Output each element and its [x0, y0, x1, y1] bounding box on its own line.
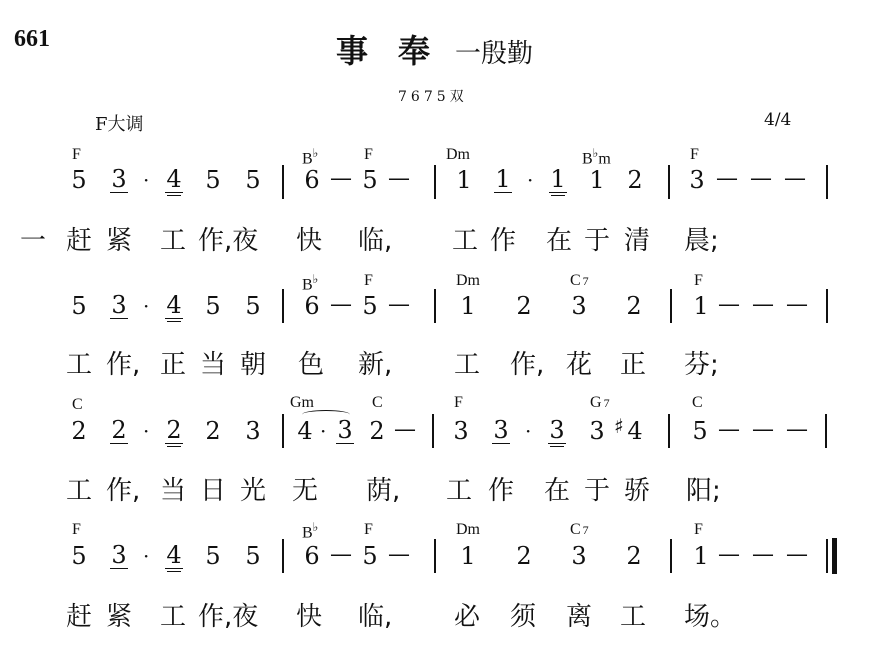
chord: Dm: [456, 521, 480, 539]
note: 2: [515, 542, 533, 570]
lyric: 紧: [106, 596, 132, 633]
note-eighth: 3: [492, 417, 510, 444]
lyric: 于: [584, 470, 610, 507]
lyric: 当: [200, 344, 226, 381]
time-signature: 4/4: [764, 110, 791, 130]
dot: ·: [143, 544, 149, 568]
title-char-2: 奉: [398, 32, 432, 70]
chord: F: [690, 146, 699, 164]
lyric: 在: [546, 220, 572, 257]
hymn-number: 661: [14, 26, 50, 53]
barline: [434, 165, 436, 199]
dash: —: [750, 166, 772, 191]
lyric: 临,: [358, 596, 392, 633]
chord: G7: [590, 394, 610, 412]
note: 5: [691, 417, 709, 445]
barline: [825, 414, 827, 448]
barline: [434, 539, 436, 573]
chord: F: [364, 146, 373, 164]
dash: —: [752, 542, 774, 567]
barline: [670, 539, 672, 573]
lyric: 正: [620, 344, 646, 381]
lyric: 工: [452, 220, 478, 257]
note: 1: [455, 166, 473, 194]
lyric: 清: [624, 220, 650, 257]
lyric: 工: [454, 344, 480, 381]
note: 1: [692, 542, 710, 570]
chord: F: [364, 521, 373, 539]
lyric: 当: [160, 470, 186, 507]
note: 2: [626, 166, 644, 194]
final-barline-thin: [826, 539, 828, 573]
chord: Gm: [290, 394, 314, 412]
note: 6: [303, 166, 321, 194]
note: 2: [368, 417, 386, 445]
barline: [670, 289, 672, 323]
lyric: 阳;: [686, 470, 721, 507]
note: 5: [70, 542, 88, 570]
note-sixteenth: 1: [549, 166, 567, 193]
lyric: 工: [66, 344, 92, 381]
chord: C7: [570, 272, 589, 290]
dash: —: [330, 292, 352, 317]
note: 5: [244, 292, 262, 320]
note: 3: [452, 417, 470, 445]
note: 2: [625, 292, 643, 320]
lyric: 作,夜: [198, 596, 258, 633]
barline: [826, 289, 828, 323]
note: 5: [244, 542, 262, 570]
lyric: 色: [298, 344, 324, 381]
chord: C: [692, 394, 703, 412]
lyric: 芬;: [684, 344, 719, 381]
lyric: 在: [544, 470, 570, 507]
barline: [434, 289, 436, 323]
barline: [282, 539, 284, 573]
dash: —: [718, 542, 740, 567]
note: 5: [361, 166, 379, 194]
note: 3: [688, 166, 706, 194]
lyric: 新,: [358, 344, 392, 381]
chord: F: [454, 394, 463, 412]
dash: —: [718, 292, 740, 317]
dash: —: [388, 292, 410, 317]
note-sixteenth: 4: [165, 542, 183, 569]
lyric: 一: [20, 220, 46, 257]
note: 2: [204, 417, 222, 445]
dash: —: [752, 292, 774, 317]
dash: —: [718, 417, 740, 442]
note: 5: [361, 292, 379, 320]
lyric: 朝: [240, 344, 266, 381]
dash: —: [330, 542, 352, 567]
lyric: 须: [510, 596, 536, 633]
note: 1: [459, 542, 477, 570]
chord: B♭: [302, 146, 318, 168]
note: 3: [244, 417, 262, 445]
note: 2: [515, 292, 533, 320]
barline: [282, 165, 284, 199]
lyric: 作: [490, 220, 516, 257]
chord: C: [72, 396, 83, 414]
chord: C: [372, 394, 383, 412]
note: 3: [588, 417, 606, 445]
lyric: 必: [454, 596, 480, 633]
lyric: 工: [620, 596, 646, 633]
lyric: 工: [160, 220, 186, 257]
note: 5: [361, 542, 379, 570]
chord: B♭: [302, 272, 318, 294]
dash: —: [330, 166, 352, 191]
barline: [282, 414, 284, 448]
note: 2: [625, 542, 643, 570]
dash: —: [752, 417, 774, 442]
dash: —: [786, 292, 808, 317]
note-eighth: 3: [110, 292, 128, 319]
lyric: 快: [296, 596, 322, 633]
note: 5: [244, 166, 262, 194]
chord: C7: [570, 521, 589, 539]
barline: [668, 414, 670, 448]
dot: ·: [527, 168, 533, 192]
note-eighth: 3: [336, 417, 354, 444]
note: 1: [459, 292, 477, 320]
dash: —: [716, 166, 738, 191]
chord: F: [72, 146, 81, 164]
chord: F: [694, 272, 703, 290]
chord: Dm: [456, 272, 480, 290]
key-signature: F大调: [95, 110, 144, 136]
sharp-sign: ♯: [614, 414, 624, 438]
note: 5: [70, 292, 88, 320]
dash: —: [786, 542, 808, 567]
note-eighth: 3: [110, 166, 128, 193]
note-sixteenth: 4: [165, 166, 183, 193]
lyric: 作,: [106, 344, 140, 381]
note: 5: [204, 292, 222, 320]
note: 5: [70, 166, 88, 194]
lyric: 赶: [66, 220, 92, 257]
note-sixteenth: 3: [548, 417, 566, 444]
note: 3: [570, 292, 588, 320]
dash: —: [786, 417, 808, 442]
note-eighth: 2: [110, 417, 128, 444]
lyric: 荫,: [366, 470, 400, 507]
lyric: 正: [160, 344, 186, 381]
chord: B♭m: [582, 146, 611, 168]
lyric: 紧: [106, 220, 132, 257]
dot: ·: [320, 419, 326, 443]
lyric: 作,: [510, 344, 544, 381]
lyric: 花: [566, 344, 592, 381]
dash: —: [388, 166, 410, 191]
note-sixteenth: 4: [165, 292, 183, 319]
dot: ·: [143, 168, 149, 192]
title-char-1: 事: [336, 32, 370, 70]
lyric: 作,: [106, 470, 140, 507]
dash: —: [784, 166, 806, 191]
note: 4: [296, 417, 314, 445]
lyric: 临,: [358, 220, 392, 257]
dot: ·: [525, 419, 531, 443]
chord: Dm: [446, 146, 470, 164]
lyric: 无: [292, 470, 318, 507]
barline: [282, 289, 284, 323]
lyric: 快: [296, 220, 322, 257]
note: 6: [303, 292, 321, 320]
lyric: 工: [160, 596, 186, 633]
lyric: 工: [446, 470, 472, 507]
note-eighth: 1: [494, 166, 512, 193]
lyric: 于: [584, 220, 610, 257]
lyric: 骄: [624, 470, 650, 507]
note: 1: [692, 292, 710, 320]
lyric: 赶: [66, 596, 92, 633]
hymn-subtitle: 一殷勤: [455, 33, 533, 70]
note: 5: [204, 166, 222, 194]
lyric: 日: [200, 470, 226, 507]
barline: [668, 165, 670, 199]
note-eighth: 3: [110, 542, 128, 569]
note: 4: [626, 417, 644, 445]
lyric: 作,夜: [198, 220, 258, 257]
meter-label: 7675双: [398, 86, 468, 106]
chord: F: [72, 521, 81, 539]
note: 6: [303, 542, 321, 570]
note: 3: [570, 542, 588, 570]
dash: —: [394, 417, 416, 442]
final-barline-thick: [832, 538, 837, 574]
chord: B♭: [302, 520, 318, 542]
lyric: 光: [240, 470, 266, 507]
dot: ·: [143, 294, 149, 318]
note: 2: [70, 417, 88, 445]
barline: [432, 414, 434, 448]
chord: F: [364, 272, 373, 290]
note: 5: [204, 542, 222, 570]
barline: [826, 165, 828, 199]
lyric: 离: [566, 596, 592, 633]
note: 1: [588, 166, 606, 194]
dash: —: [388, 542, 410, 567]
lyric: 晨;: [684, 220, 719, 257]
dot: ·: [143, 419, 149, 443]
chord: F: [694, 521, 703, 539]
lyric: 场。: [684, 596, 736, 633]
lyric: 作: [488, 470, 514, 507]
note-sixteenth: 2: [165, 417, 183, 444]
hymn-title: 事奉: [336, 26, 432, 72]
lyric: 工: [66, 470, 92, 507]
